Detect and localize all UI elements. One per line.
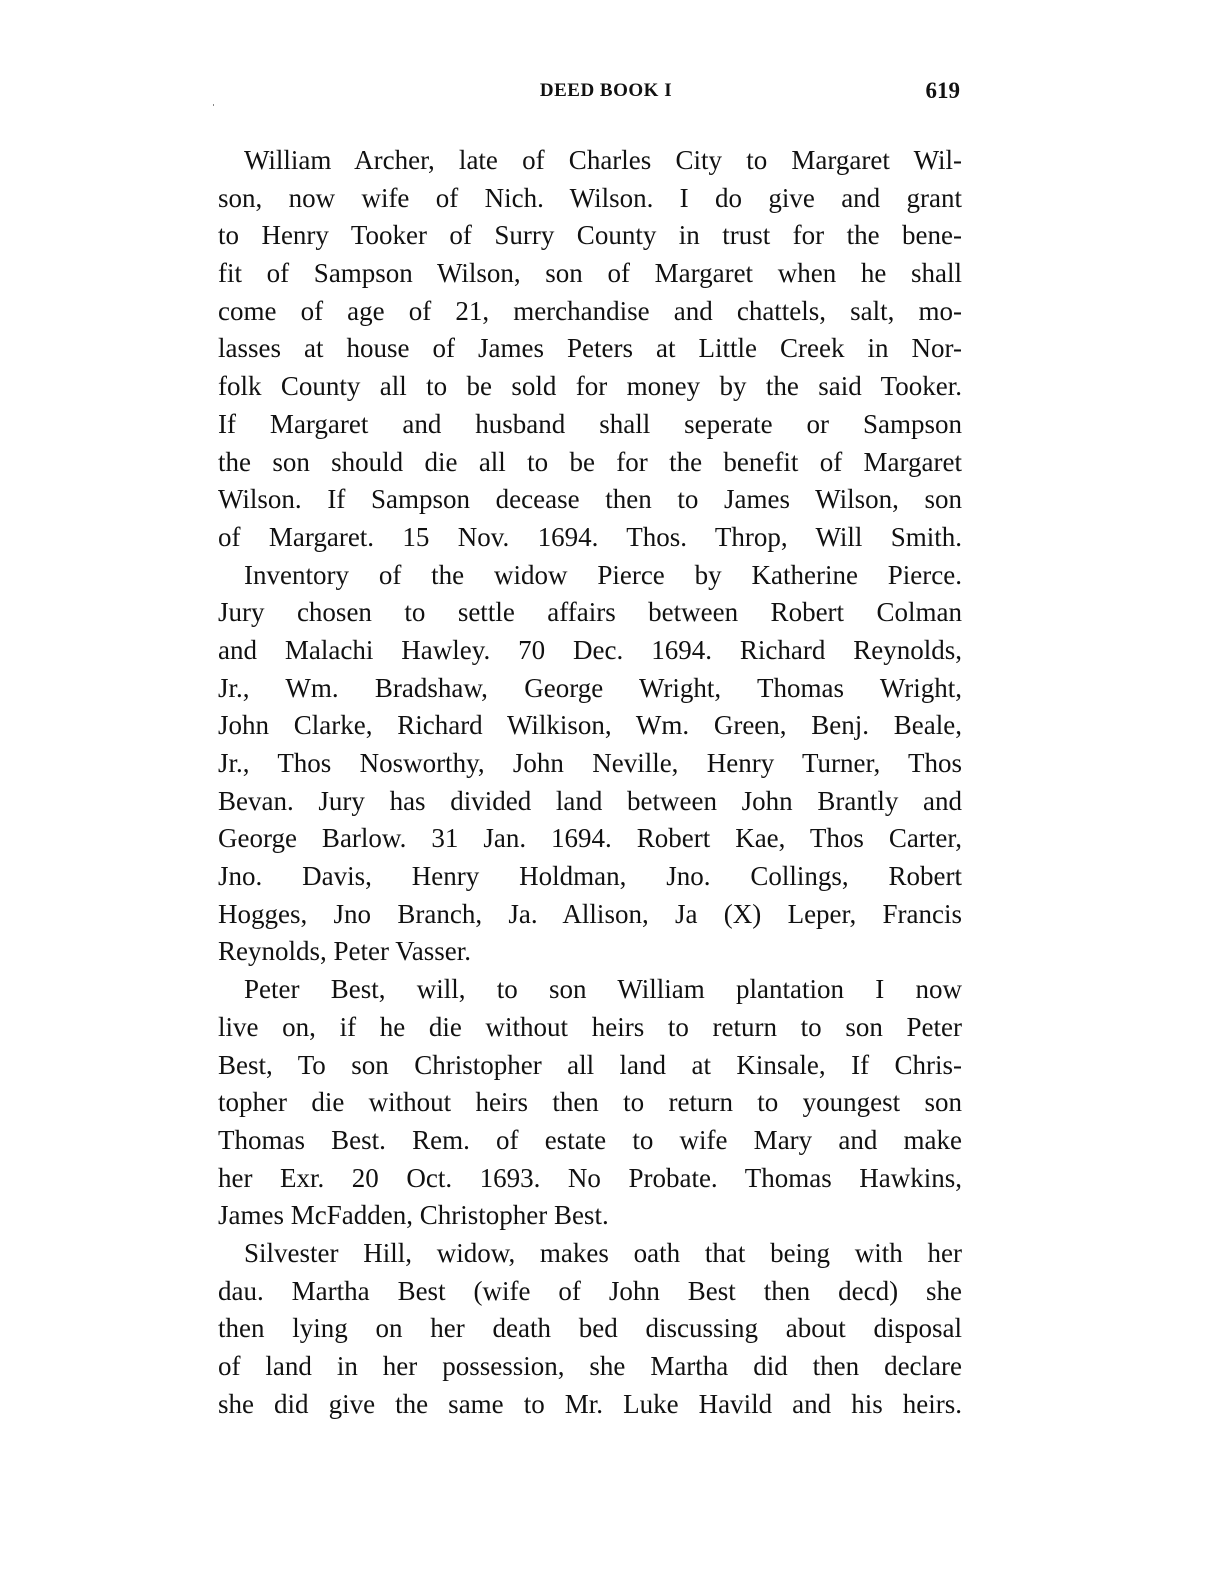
text-line: Hogges, Jno Branch, Ja. Allison, Ja (X) …	[218, 896, 962, 934]
text-line: Best, To son Christopher all land at Kin…	[218, 1047, 962, 1085]
text-line: Reynolds, Peter Vasser.	[218, 933, 962, 971]
paragraph-silvester-hill-oath: Silvester Hill, widow, makes oath that b…	[218, 1235, 962, 1423]
text-line: Thomas Best. Rem. of estate to wife Mary…	[218, 1122, 962, 1160]
page-number: 619	[926, 78, 961, 104]
paragraph-archer-wilson-deed: William Archer, late of Charles City to …	[218, 142, 962, 557]
text-line: Wilson. If Sampson decease then to James…	[218, 481, 962, 519]
text-line: Jr., Thos Nosworthy, John Neville, Henry…	[218, 745, 962, 783]
text-line: come of age of 21, merchandise and chatt…	[218, 293, 962, 331]
text-line: lasses at house of James Peters at Littl…	[218, 330, 962, 368]
text-line: fit of Sampson Wilson, son of Margaret w…	[218, 255, 962, 293]
text-line: John Clarke, Richard Wilkison, Wm. Green…	[218, 707, 962, 745]
text-line: Bevan. Jury has divided land between Joh…	[218, 783, 962, 821]
text-line: then lying on her death bed discussing a…	[218, 1310, 962, 1348]
body-text: William Archer, late of Charles City to …	[218, 142, 962, 1423]
page-header: DEED BOOK I 619	[218, 76, 962, 106]
text-line: William Archer, late of Charles City to …	[218, 142, 962, 180]
text-line: Jno. Davis, Henry Holdman, Jno. Collings…	[218, 858, 962, 896]
paragraph-pierce-inventory-jury: Inventory of the widow Pierce by Katheri…	[218, 557, 962, 972]
text-line: Inventory of the widow Pierce by Katheri…	[218, 557, 962, 595]
text-line: Jury chosen to settle affairs between Ro…	[218, 594, 962, 632]
text-line: Jr., Wm. Bradshaw, George Wright, Thomas…	[218, 670, 962, 708]
text-line: and Malachi Hawley. 70 Dec. 1694. Richar…	[218, 632, 962, 670]
text-line: her Exr. 20 Oct. 1693. No Probate. Thoma…	[218, 1160, 962, 1198]
text-line: If Margaret and husband shall seperate o…	[218, 406, 962, 444]
document-page: DEED BOOK I 619 William Archer, late of …	[0, 0, 1224, 1584]
text-line: she did give the same to Mr. Luke Havild…	[218, 1386, 962, 1424]
text-line: of land in her possession, she Martha di…	[218, 1348, 962, 1386]
text-line: topher die without heirs then to return …	[218, 1084, 962, 1122]
text-line: to Henry Tooker of Surry County in trust…	[218, 217, 962, 255]
scan-speck	[213, 104, 214, 106]
text-line: Silvester Hill, widow, makes oath that b…	[218, 1235, 962, 1273]
text-line: of Margaret. 15 Nov. 1694. Thos. Throp, …	[218, 519, 962, 557]
text-line: dau. Martha Best (wife of John Best then…	[218, 1273, 962, 1311]
text-line: live on, if he die without heirs to retu…	[218, 1009, 962, 1047]
text-line: folk County all to be sold for money by …	[218, 368, 962, 406]
text-line: Peter Best, will, to son William plantat…	[218, 971, 962, 1009]
paragraph-peter-best-will: Peter Best, will, to son William plantat…	[218, 971, 962, 1235]
text-line: son, now wife of Nich. Wilson. I do give…	[218, 180, 962, 218]
text-line: the son should die all to be for the ben…	[218, 444, 962, 482]
running-head: DEED BOOK I	[218, 80, 962, 102]
text-line: George Barlow. 31 Jan. 1694. Robert Kae,…	[218, 820, 962, 858]
text-line: James McFadden, Christopher Best.	[218, 1197, 962, 1235]
